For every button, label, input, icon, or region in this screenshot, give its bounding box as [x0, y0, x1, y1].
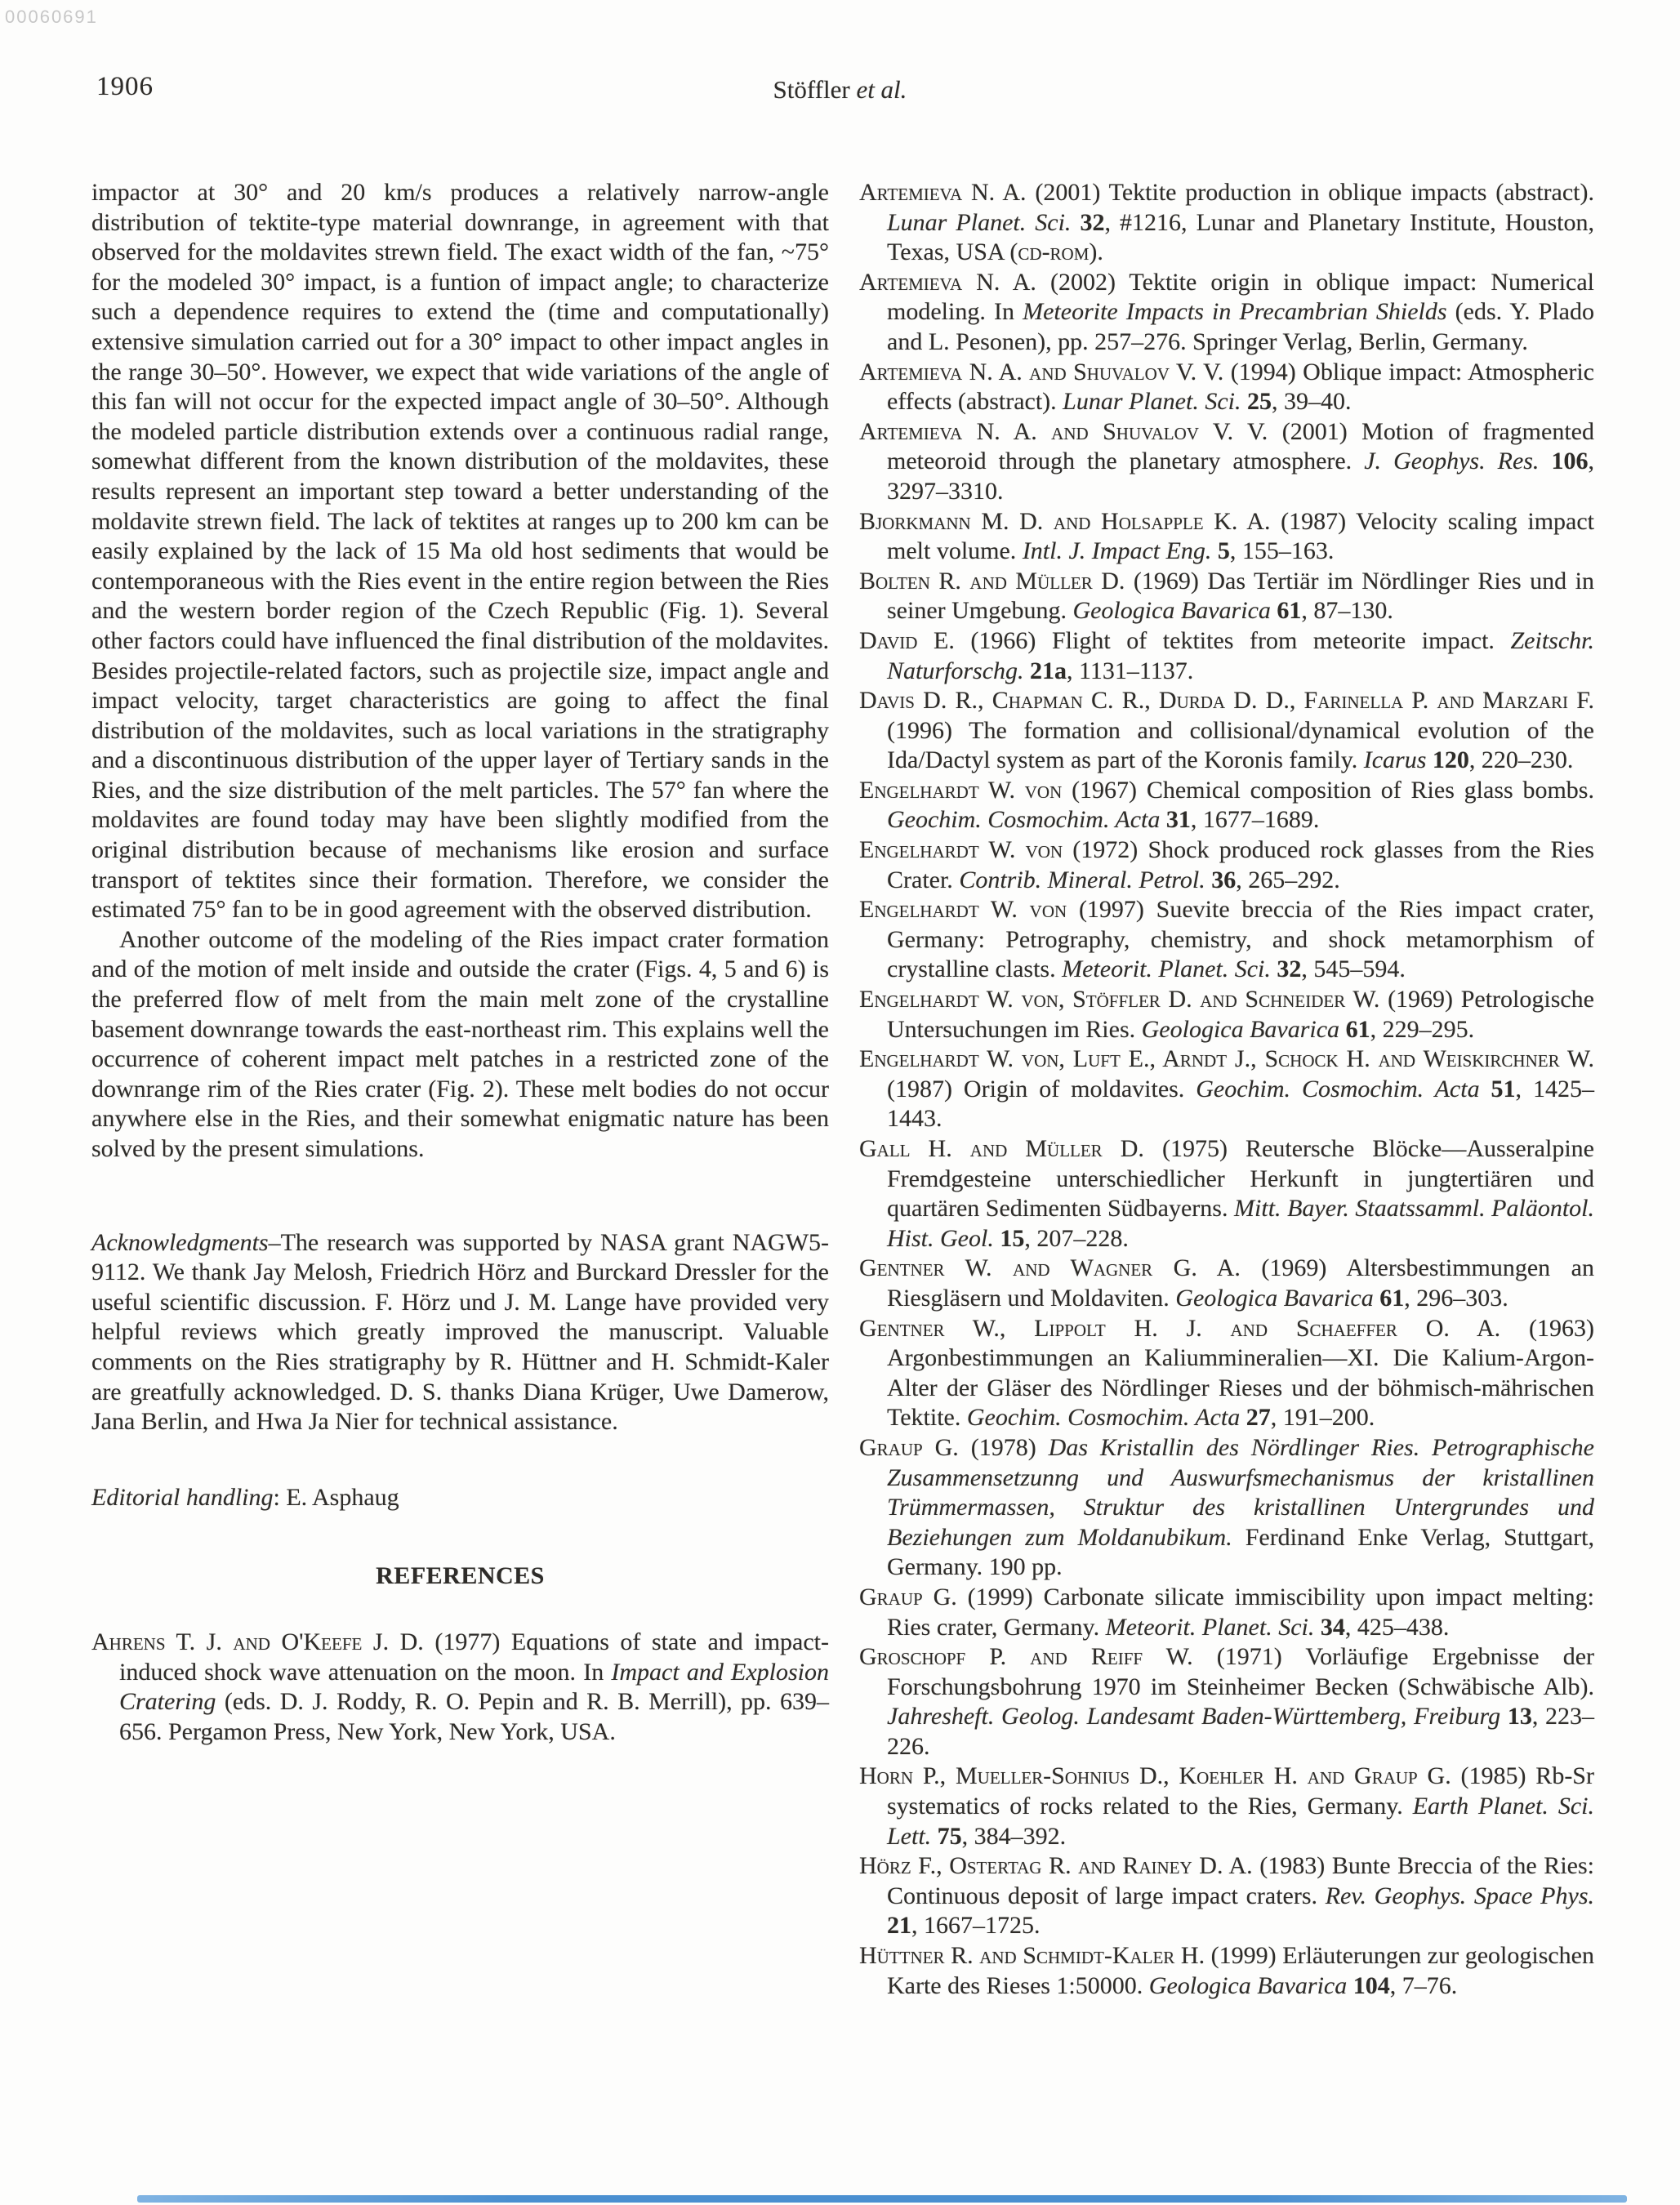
- reference-segment: Ahrens T. J. and O'Keefe J. D.: [91, 1628, 424, 1655]
- editorial-handling-text: : E. Asphaug: [274, 1484, 399, 1511]
- reference-segment: Horn P., Mueller-Sohnius D., Koehler H. …: [859, 1762, 1451, 1789]
- references-heading: REFERENCES: [91, 1561, 829, 1592]
- reference-entry: Hüttner R. and Schmidt-Kaler H. (1999) E…: [859, 1941, 1594, 2001]
- reference-entry: Hörz F., Ostertag R. and Rainey D. A. (1…: [859, 1851, 1594, 1941]
- reference-entry: Graup G. (1999) Carbonate silicate immis…: [859, 1583, 1594, 1642]
- reference-segment: (1987) Origin of moldavites.: [887, 1076, 1196, 1102]
- body-paragraph-2: Another outcome of the modeling of the R…: [91, 925, 829, 1165]
- reference-segment: Artemieva N. A. and Shuvalov V. V.: [859, 418, 1268, 445]
- reference-segment: [1211, 537, 1218, 564]
- reference-segment: Rev. Geophys. Space Phys.: [1326, 1882, 1594, 1909]
- reference-segment: Graup G.: [859, 1584, 957, 1610]
- reference-segment: Geochim. Cosmochim. Acta: [1196, 1076, 1479, 1102]
- running-head: Stöffler et al.: [0, 75, 1680, 105]
- reference-segment: Engelhardt W. von: [859, 896, 1067, 923]
- acknowledgments-lead: Acknowledgments: [91, 1229, 269, 1256]
- reference-segment: ).: [1089, 238, 1103, 265]
- reference-segment: J. Geophys. Res.: [1364, 448, 1539, 474]
- reference-segment: Bolten R. and Müller D.: [859, 568, 1125, 595]
- reference-entry: Gentner W. and Wagner G. A. (1969) Alter…: [859, 1254, 1594, 1313]
- reference-segment: , 1131–1137.: [1067, 657, 1193, 684]
- editorial-handling-lead: Editorial handling: [91, 1484, 274, 1511]
- reference-entry: Engelhardt W. von (1997) Suevite breccia…: [859, 895, 1594, 985]
- reference-entry: Gentner W., Lippolt H. J. and Schaeffer …: [859, 1314, 1594, 1433]
- reference-segment: Geologica Bavarica: [1072, 597, 1270, 624]
- reference-segment: (2001) Tektite production in oblique imp…: [1027, 179, 1594, 206]
- reference-segment: 51: [1491, 1076, 1516, 1102]
- reference-segment: [1240, 1404, 1246, 1431]
- reference-entry: Gall H. and Müller D. (1975) Reutersche …: [859, 1134, 1594, 1254]
- reference-segment: Graup G.: [859, 1434, 959, 1461]
- reference-segment: Geologica Bavarica: [1149, 1972, 1347, 1999]
- reference-segment: Engelhardt W. von: [859, 777, 1062, 804]
- reference-segment: Gall H. and Müller D.: [859, 1135, 1144, 1162]
- reference-segment: Artemieva N. A.: [859, 179, 1027, 206]
- reference-segment: 27: [1246, 1404, 1271, 1431]
- reference-segment: Davis D. R., Chapman C. R., Durda D. D.,…: [859, 687, 1594, 714]
- reference-segment: Engelhardt W. von, Stöffler D. and Schne…: [859, 986, 1379, 1013]
- reference-entry: Graup G. (1978) Das Kristallin des Nördl…: [859, 1433, 1594, 1583]
- journal-page: 00060691 1906 Stöffler et al. impactor a…: [0, 0, 1680, 2205]
- reference-segment: Contrib. Mineral. Petrol.: [959, 866, 1205, 893]
- reference-segment: Meteorit. Planet. Sci.: [1062, 955, 1271, 982]
- reference-segment: Hüttner R. and Schmidt-Kaler H.: [859, 1942, 1205, 1969]
- reference-segment: [1160, 806, 1166, 833]
- reference-segment: (1966) Flight of tektites from meteorite…: [955, 627, 1511, 654]
- reference-segment: David E.: [859, 627, 955, 654]
- reference-entry: Bolten R. and Müller D. (1969) Das Terti…: [859, 567, 1594, 626]
- reference-segment: Hörz F., Ostertag R. and Rainey D. A.: [859, 1852, 1253, 1879]
- reference-segment: 106: [1552, 448, 1589, 474]
- acknowledgments: Acknowledgments–The research was support…: [91, 1228, 829, 1437]
- references-list-right: Artemieva N. A. (2001) Tektite productio…: [859, 178, 1594, 2001]
- scan-id-number: 00060691: [5, 7, 98, 28]
- reference-segment: Artemieva N. A. and Shuvalov V. V.: [859, 359, 1223, 385]
- reference-segment: , 7–76.: [1390, 1972, 1458, 1999]
- right-column: Artemieva N. A. (2001) Tektite productio…: [859, 178, 1594, 2001]
- running-head-authors: Stöffler: [773, 75, 857, 104]
- reference-segment: Meteorite Impacts in Precambrian Shields: [1023, 298, 1446, 325]
- reference-segment: (1967) Chemical composition of Ries glas…: [1062, 777, 1594, 804]
- reference-segment: Engelhardt W. von: [859, 836, 1063, 863]
- reference-segment: Bjorkmann M. D. and Holsapple K. A.: [859, 508, 1270, 535]
- reference-segment: Jahresheft. Geolog. Landesamt Baden-Würt…: [887, 1703, 1500, 1730]
- acknowledgments-text: –The research was supported by NASA gran…: [91, 1229, 829, 1436]
- reference-entry: David E. (1966) Flight of tektites from …: [859, 626, 1594, 686]
- reference-segment: (1978): [959, 1434, 1049, 1461]
- reference-segment: 13: [1508, 1703, 1532, 1730]
- reference-entry: Artemieva N. A. (2001) Tektite productio…: [859, 178, 1594, 268]
- reference-segment: Groschopf P. and Reiff W.: [859, 1643, 1193, 1670]
- reference-segment: 61: [1277, 597, 1301, 624]
- reference-entry: Bjorkmann M. D. and Holsapple K. A. (198…: [859, 507, 1594, 567]
- reference-segment: 75: [938, 1823, 962, 1850]
- reference-segment: Intl. J. Impact Eng.: [1023, 537, 1212, 564]
- reference-entry: Horn P., Mueller-Sohnius D., Koehler H. …: [859, 1762, 1594, 1851]
- reference-segment: Geologica Bavarica: [1142, 1016, 1339, 1043]
- reference-segment: , 87–130.: [1301, 597, 1393, 624]
- reference-segment: , 1677–1689.: [1191, 806, 1320, 833]
- reference-entry: Groschopf P. and Reiff W. (1971) Vorläuf…: [859, 1642, 1594, 1762]
- reference-segment: , 191–200.: [1271, 1404, 1375, 1431]
- reference-segment: 21a: [1030, 657, 1067, 684]
- reference-segment: Gentner W. and Wagner G. A.: [859, 1254, 1241, 1281]
- reference-entry: Engelhardt W. von, Stöffler D. and Schne…: [859, 985, 1594, 1045]
- reference-segment: Geochim. Cosmochim. Acta: [887, 806, 1160, 833]
- reference-segment: , 229–295.: [1370, 1016, 1475, 1043]
- reference-segment: [1024, 657, 1031, 684]
- reference-segment: 21: [887, 1912, 911, 1939]
- editorial-handling: Editorial handling: E. Asphaug: [91, 1483, 829, 1513]
- reference-segment: Engelhardt W. von, Luft E., Arndt J., Sc…: [859, 1045, 1594, 1072]
- reference-segment: [1347, 1972, 1353, 1999]
- reference-segment: [1339, 1016, 1346, 1043]
- reference-segment: , 1667–1725.: [911, 1912, 1041, 1939]
- reference-segment: Meteorit. Planet. Sci.: [1106, 1614, 1315, 1641]
- reference-segment: Geochim. Cosmochim. Acta: [967, 1404, 1240, 1431]
- references-list-left: Ahrens T. J. and O'Keefe J. D. (1977) Eq…: [91, 1628, 829, 1747]
- reference-segment: 36: [1211, 866, 1236, 893]
- reference-segment: 32: [1080, 209, 1104, 236]
- reference-segment: Lunar Planet. Sci.: [1063, 388, 1241, 415]
- reference-entry: Ahrens T. J. and O'Keefe J. D. (1977) Eq…: [91, 1628, 829, 1747]
- reference-segment: 120: [1433, 746, 1469, 773]
- left-column: impactor at 30° and 20 km/s produces a r…: [91, 178, 829, 1747]
- reference-segment: Icarus: [1364, 746, 1427, 773]
- reference-segment: 25: [1247, 388, 1272, 415]
- reference-segment: [1071, 209, 1080, 236]
- reference-entry: Engelhardt W. von (1972) Shock produced …: [859, 835, 1594, 895]
- reference-entry: Davis D. R., Chapman C. R., Durda D. D.,…: [859, 686, 1594, 776]
- reference-entry: Engelhardt W. von (1967) Chemical compos…: [859, 776, 1594, 835]
- reference-segment: [1426, 746, 1433, 773]
- reference-segment: 104: [1353, 1972, 1390, 1999]
- reference-entry: Artemieva N. A. and Shuvalov V. V. (1994…: [859, 358, 1594, 417]
- reference-segment: 61: [1379, 1285, 1404, 1312]
- reference-segment: (eds. D. J. Roddy, R. O. Pepin and R. B.…: [119, 1688, 829, 1745]
- reference-entry: Artemieva N. A. (2002) Tektite origin in…: [859, 268, 1594, 358]
- bottom-scan-bar: [137, 2195, 1627, 2203]
- reference-segment: , 155–163.: [1230, 537, 1335, 564]
- reference-segment: 5: [1218, 537, 1230, 564]
- reference-segment: [1314, 1614, 1321, 1641]
- reference-segment: 15: [1000, 1225, 1024, 1252]
- body-paragraph-1: impactor at 30° and 20 km/s produces a r…: [91, 178, 829, 925]
- reference-segment: , 545–594.: [1301, 955, 1406, 982]
- reference-segment: 61: [1346, 1016, 1370, 1043]
- reference-segment: , 265–292.: [1236, 866, 1340, 893]
- reference-segment: Gentner W., Lippolt H. J. and Schaeffer …: [859, 1315, 1500, 1342]
- reference-segment: [1480, 1076, 1491, 1102]
- running-head-etal: et al.: [856, 75, 907, 104]
- reference-segment: , 220–230.: [1469, 746, 1574, 773]
- reference-segment: 32: [1277, 955, 1301, 982]
- reference-segment: 31: [1166, 806, 1191, 833]
- reference-segment: [1500, 1703, 1508, 1730]
- reference-segment: , 384–392.: [962, 1823, 1067, 1850]
- reference-segment: [1241, 388, 1247, 415]
- reference-segment: Lunar Planet. Sci.: [887, 209, 1071, 236]
- reference-segment: Artemieva N. A.: [859, 269, 1036, 296]
- reference-entry: Artemieva N. A. and Shuvalov V. V. (2001…: [859, 417, 1594, 507]
- reference-segment: , 296–303.: [1404, 1285, 1508, 1312]
- reference-segment: [931, 1823, 938, 1850]
- reference-segment: Geologica Bavarica: [1175, 1285, 1373, 1312]
- reference-segment: , 425–438.: [1345, 1614, 1450, 1641]
- reference-entry: Engelhardt W. von, Luft E., Arndt J., Sc…: [859, 1045, 1594, 1134]
- reference-segment: cd-rom: [1018, 238, 1089, 265]
- reference-segment: [1539, 448, 1551, 474]
- reference-segment: 34: [1321, 1614, 1345, 1641]
- reference-segment: , 39–40.: [1272, 388, 1352, 415]
- reference-segment: , 207–228.: [1024, 1225, 1129, 1252]
